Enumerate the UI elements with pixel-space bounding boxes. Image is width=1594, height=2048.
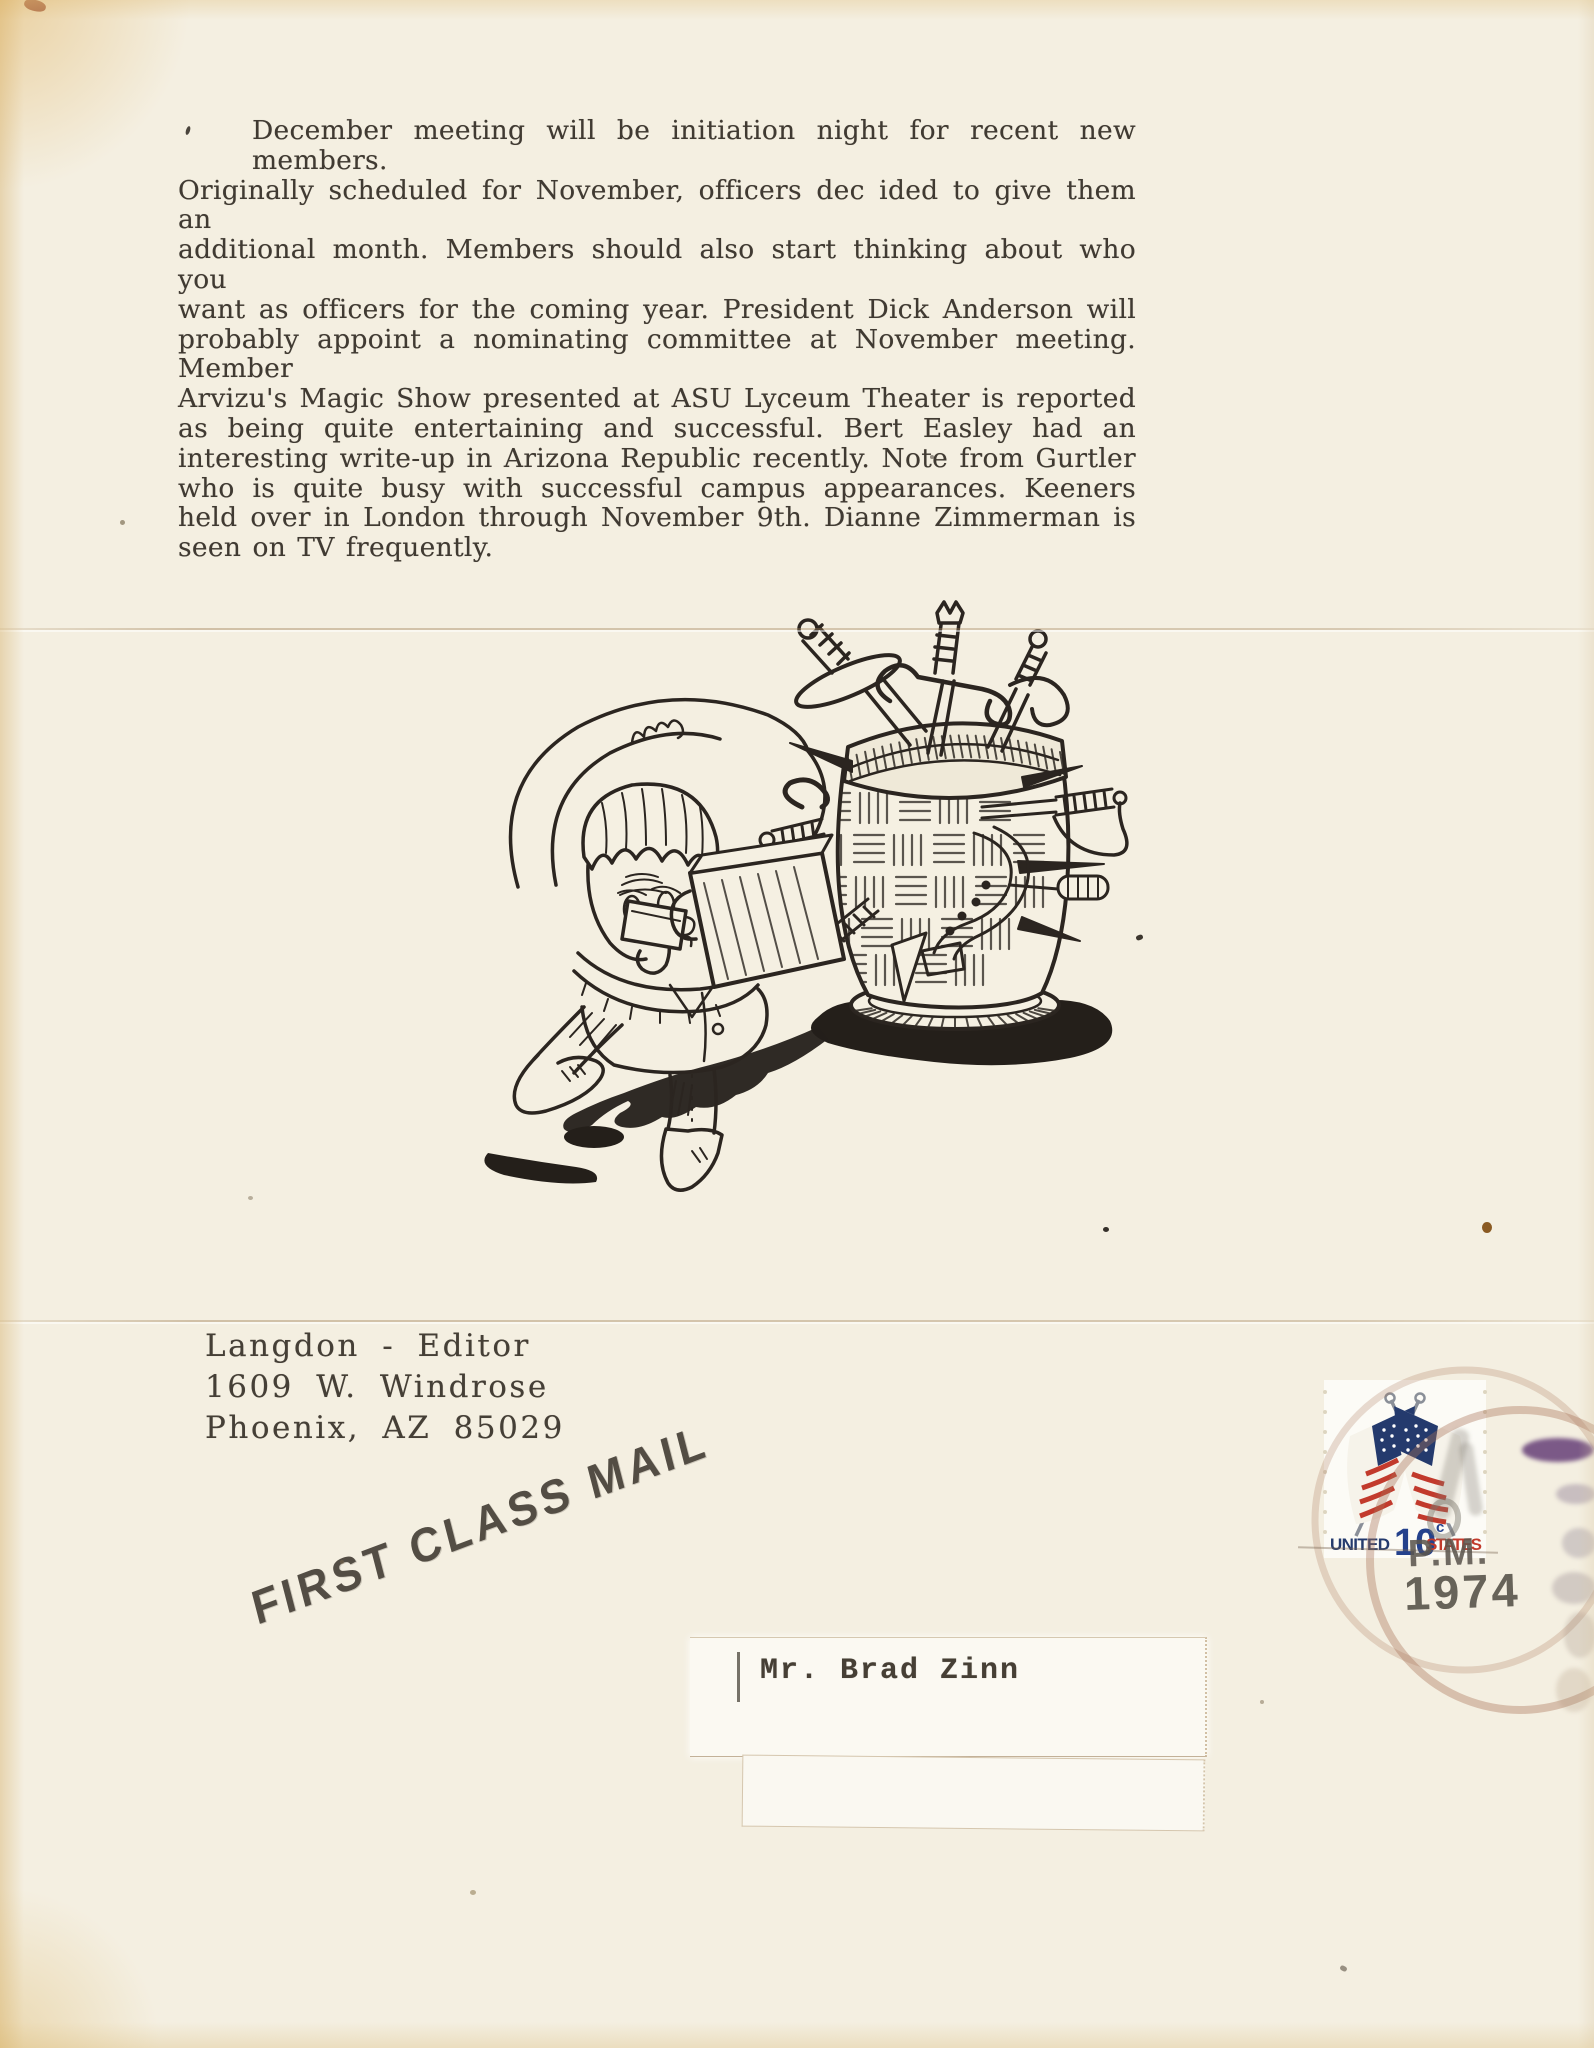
paragraph-line: December meeting will be initiation nigh… (178, 116, 1136, 176)
paper-speck (1339, 1965, 1348, 1973)
ink-smudge (1552, 1572, 1594, 1604)
ink-smudge (1556, 1484, 1594, 1504)
paper-speck (1260, 1700, 1264, 1704)
paper-speck (248, 1196, 253, 1200)
postmark-year: 1974 (1403, 1562, 1521, 1621)
paragraph-line: Originally scheduled for November, offic… (178, 176, 1136, 236)
paragraph-line: want as officers for the coming year. Pr… (178, 295, 1136, 325)
ink-smudge (1556, 1668, 1592, 1712)
paper-speck (1482, 1222, 1492, 1233)
address-label-lower (742, 1755, 1206, 1832)
ink-smudge (1564, 1612, 1594, 1658)
ink-smudge (1562, 1528, 1594, 1558)
paragraph-line: additional month. Members should also st… (178, 235, 1136, 295)
paragraph-line: interesting write-up in Arizona Republic… (178, 444, 1136, 474)
return-address: Langdon - Editor 1609 W. Windrose Phoeni… (205, 1326, 565, 1449)
paper-speck (470, 1890, 476, 1895)
return-address-line: Langdon - Editor (205, 1326, 565, 1367)
return-address-line: 1609 W. Windrose (205, 1367, 565, 1408)
fold-crease-bottom (0, 1320, 1594, 1322)
ink-smudge (1522, 1438, 1594, 1462)
newsletter-paragraph: December meeting will be initiation nigh… (178, 116, 1136, 563)
paragraph-line: who is quite busy with successful campus… (178, 474, 1136, 504)
address-label: Mr. Brad Zinn (690, 1637, 1207, 1757)
label-tick-mark (737, 1652, 740, 1702)
paragraph-line: held over in London through November 9th… (178, 503, 1136, 533)
paper-speck (120, 520, 125, 525)
red-corner-mark (23, 0, 47, 13)
scanned-mailer-page: { "document": { "paragraph_lines": [ "De… (0, 0, 1594, 2048)
stamp-text-united: UNITED (1330, 1535, 1390, 1554)
paragraph-line: probably appoint a nominating committee … (178, 325, 1136, 385)
paragraph-line: Arvizu's Magic Show presented at ASU Lyc… (178, 384, 1136, 414)
recipient-name: Mr. Brad Zinn (760, 1654, 1020, 1688)
paragraph-line: as being quite entertaining and successf… (178, 414, 1136, 444)
return-address-line: Phoenix, AZ 85029 (205, 1408, 565, 1449)
sword-basket-cartoon (370, 555, 1210, 1245)
